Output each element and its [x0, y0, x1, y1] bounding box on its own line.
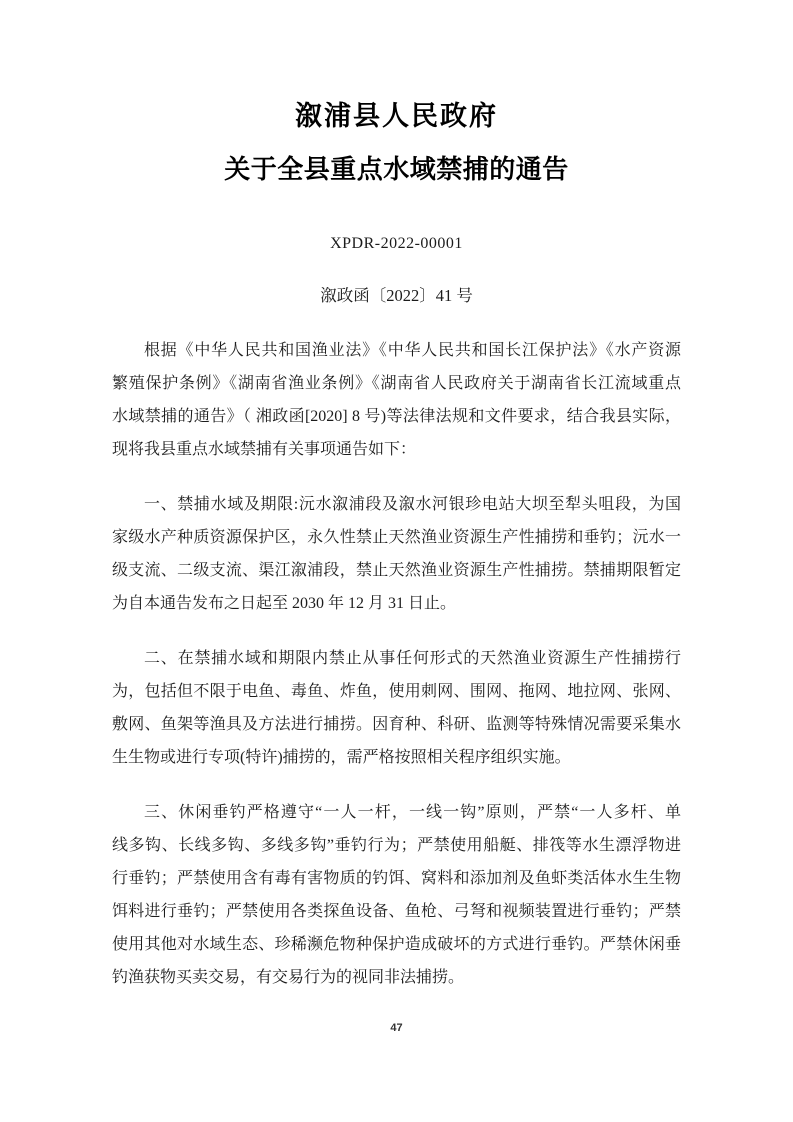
document-index-number: XPDR-2022-00001: [112, 236, 681, 252]
paragraph-section-3: 三、休闲垂钓严格遵守“一人一杆，一线一钩”原则，严禁“一人多杆、单 线多钩、长线…: [112, 796, 681, 994]
text-line: 水域禁捕的通告》（ 湘政函[2020] 8 号)等法律法规和文件要求，结合我县实…: [112, 400, 681, 433]
text-line: 现将我县重点水域禁捕有关事项通告如下：: [112, 433, 681, 466]
text-line: 生生物或进行专项(特许)捕捞的，需严格按照相关程序组织实施。: [112, 741, 681, 774]
text-line: 行垂钓；严禁使用含有毒有害物质的钓饵、窝料和添加剂及鱼虾类活体水生生物: [112, 862, 681, 895]
text-line: 线多钩、长线多钩、多线多钩”垂钓行为；严禁使用船艇、排筏等水生漂浮物进: [112, 829, 681, 862]
text-line: 使用其他对水域生态、珍稀濒危物种保护造成破坏的方式进行垂钓。严禁休闲垂: [112, 928, 681, 961]
document-reference-number: 溆政函〔2022〕41 号: [112, 288, 681, 305]
text-line: 饵料进行垂钓；严禁使用各类探鱼设备、鱼枪、弓弩和视频装置进行垂钓；严禁: [112, 895, 681, 928]
text-line: 二、在禁捕水域和期限内禁止从事任何形式的天然渔业资源生产性捕捞行: [112, 642, 681, 675]
text-line: 级支流、二级支流、渠江溆浦段，禁止天然渔业资源生产性捕捞。禁捕期限暂定: [112, 554, 681, 587]
text-line: 为自本通告发布之日起至 2030 年 12 月 31 日止。: [112, 587, 681, 620]
page-number: 47: [0, 1021, 793, 1035]
text-line: 三、休闲垂钓严格遵守“一人一杆，一线一钩”原则，严禁“一人多杆、单: [112, 796, 681, 829]
text-line: 一、禁捕水域及期限:沅水溆浦段及溆水河银珍电站大坝至犁头咀段，为国: [112, 488, 681, 521]
paragraph-section-1: 一、禁捕水域及期限:沅水溆浦段及溆水河银珍电站大坝至犁头咀段，为国 家级水产种质…: [112, 488, 681, 620]
paragraph-section-2: 二、在禁捕水域和期限内禁止从事任何形式的天然渔业资源生产性捕捞行 为，包括但不限…: [112, 642, 681, 774]
paragraph-intro: 根据《中华人民共和国渔业法》《中华人民共和国长江保护法》《水产资源 繁殖保护条例…: [112, 334, 681, 466]
document-subject-title: 关于全县重点水域禁捕的通告: [112, 157, 681, 183]
text-line: 家级水产种质资源保护区，永久性禁止天然渔业资源生产性捕捞和垂钓；沅水一: [112, 521, 681, 554]
text-line: 根据《中华人民共和国渔业法》《中华人民共和国长江保护法》《水产资源: [112, 334, 681, 367]
text-line: 钓渔获物买卖交易，有交易行为的视同非法捕捞。: [112, 961, 681, 994]
document-page: 溆浦县人民政府 关于全县重点水域禁捕的通告 XPDR-2022-00001 溆政…: [0, 0, 793, 1122]
text-line: 敷网、鱼架等渔具及方法进行捕捞。因育种、科研、监测等特殊情况需要采集水: [112, 708, 681, 741]
text-line: 为，包括但不限于电鱼、毒鱼、炸鱼，使用刺网、围网、拖网、地拉网、张网、: [112, 675, 681, 708]
text-line: 繁殖保护条例》《湖南省渔业条例》《湖南省人民政府关于湖南省长江流域重点: [112, 367, 681, 400]
document-issuer-title: 溆浦县人民政府: [112, 103, 681, 130]
